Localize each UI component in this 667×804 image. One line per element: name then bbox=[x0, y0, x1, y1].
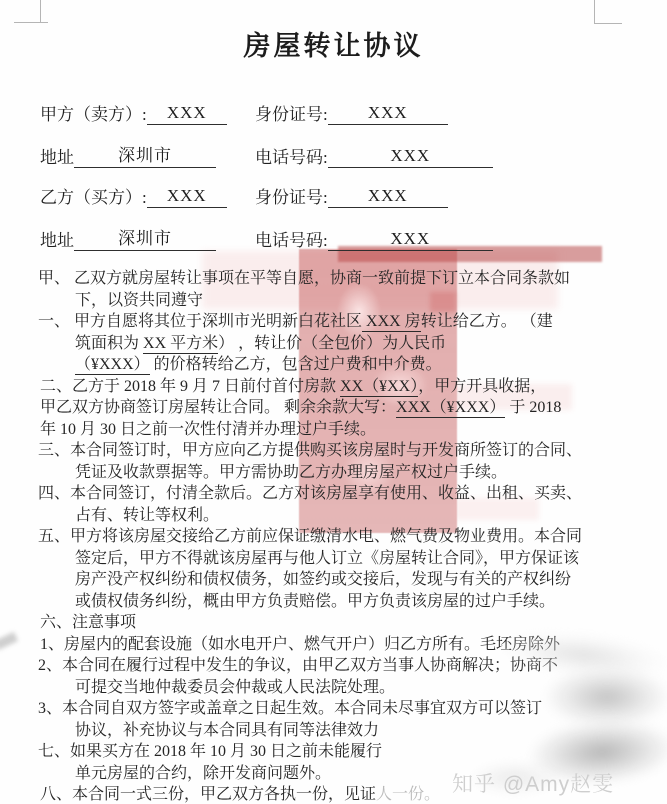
party-a-phone-field: XXX bbox=[328, 146, 493, 168]
crop-mark-top-left-vertical bbox=[40, 0, 41, 23]
party-a-address-label: 地址 bbox=[40, 143, 74, 168]
party-b-label: 乙方（买方）: bbox=[40, 183, 147, 208]
clause-6-heading: 六、注意事项 bbox=[38, 612, 640, 634]
party-a-id-label: 身份证号: bbox=[255, 100, 328, 125]
party-b-address-label: 地址 bbox=[40, 226, 74, 251]
clause-3: 三、本合同签订时，甲方应向乙方提供购买该房屋时与开发商所签订的合同、凭证及收款票… bbox=[38, 440, 640, 483]
zhihu-author-watermark: 知乎 @Amy赵雯 bbox=[452, 768, 614, 798]
party-b-name-field: XXX bbox=[147, 186, 227, 208]
party-b-id-field: XXX bbox=[328, 186, 448, 208]
clause-preamble: 甲、 乙双方就房屋转让事项在平等自愿，协商一致前提下订立本合同条款如下，以资共同… bbox=[38, 268, 640, 311]
party-a-label: 甲方（卖方）: bbox=[40, 100, 147, 125]
note-2: 2、本合同在履行过程中发生的争议，由甲乙双方当事人协商解决；协商不可提交当地仲裁… bbox=[38, 655, 640, 698]
gray-smudge-left-edge bbox=[0, 632, 18, 650]
contract-document-page: 房屋转让协议 甲方（卖方）: XXX 身份证号: XXX 地址 深圳市 电话号码… bbox=[0, 0, 667, 804]
form-row-party-a: 甲方（卖方）: XXX 身份证号: XXX bbox=[40, 100, 647, 125]
form-row-party-a-contact: 地址 深圳市 电话号码: XXX bbox=[40, 141, 647, 168]
contract-body: 甲、 乙双方就房屋转让事项在平等自愿，协商一致前提下订立本合同条款如下，以资共同… bbox=[38, 268, 640, 804]
clause-5: 五、甲方将该房屋交接给乙方前应保证缴清水电、燃气费及物业费用。本合同签定后，甲方… bbox=[38, 526, 640, 612]
form-row-party-b: 乙方（买方）: XXX 身份证号: XXX bbox=[40, 183, 647, 208]
party-b-address-field: 深圳市 bbox=[74, 224, 216, 251]
document-title: 房屋转让协议 bbox=[0, 24, 667, 63]
form-row-party-b-contact: 地址 深圳市 电话号码: XXX bbox=[40, 224, 647, 251]
note-3: 3、本合同自双方签字或盖章之日起生效。本合同未尽事宜双方可以签订协议，补充协议与… bbox=[38, 698, 640, 741]
party-b-phone-label: 电话号码: bbox=[255, 226, 328, 251]
clause-2: 二、乙方于 2018 年 9 月 7 日前付首付房款 XX（¥XX），甲方开具收… bbox=[38, 376, 640, 441]
party-a-id-field: XXX bbox=[328, 103, 448, 125]
party-b-phone-field: XXX bbox=[328, 229, 493, 251]
crop-mark-top-left-horizontal bbox=[14, 22, 48, 23]
crop-mark-top-right-vertical bbox=[594, 0, 595, 24]
note-1: 1、房屋内的配套设施（如水电开户、燃气开户）归乙方所有。毛坯房除外 bbox=[38, 634, 640, 656]
clause-1: 一、 甲方自愿将其位于深圳市光明新白花社区 XXX 房转让给乙方。 （建筑面积为… bbox=[38, 311, 640, 376]
party-a-phone-label: 电话号码: bbox=[255, 143, 328, 168]
party-a-name-field: XXX bbox=[147, 103, 227, 125]
party-b-id-label: 身份证号: bbox=[255, 183, 328, 208]
clause-4: 四、本合同签订，付清全款后。乙方对该房屋享有使用、收益、出租、买卖、占有、转让等… bbox=[38, 483, 640, 526]
party-a-address-field: 深圳市 bbox=[74, 141, 216, 168]
